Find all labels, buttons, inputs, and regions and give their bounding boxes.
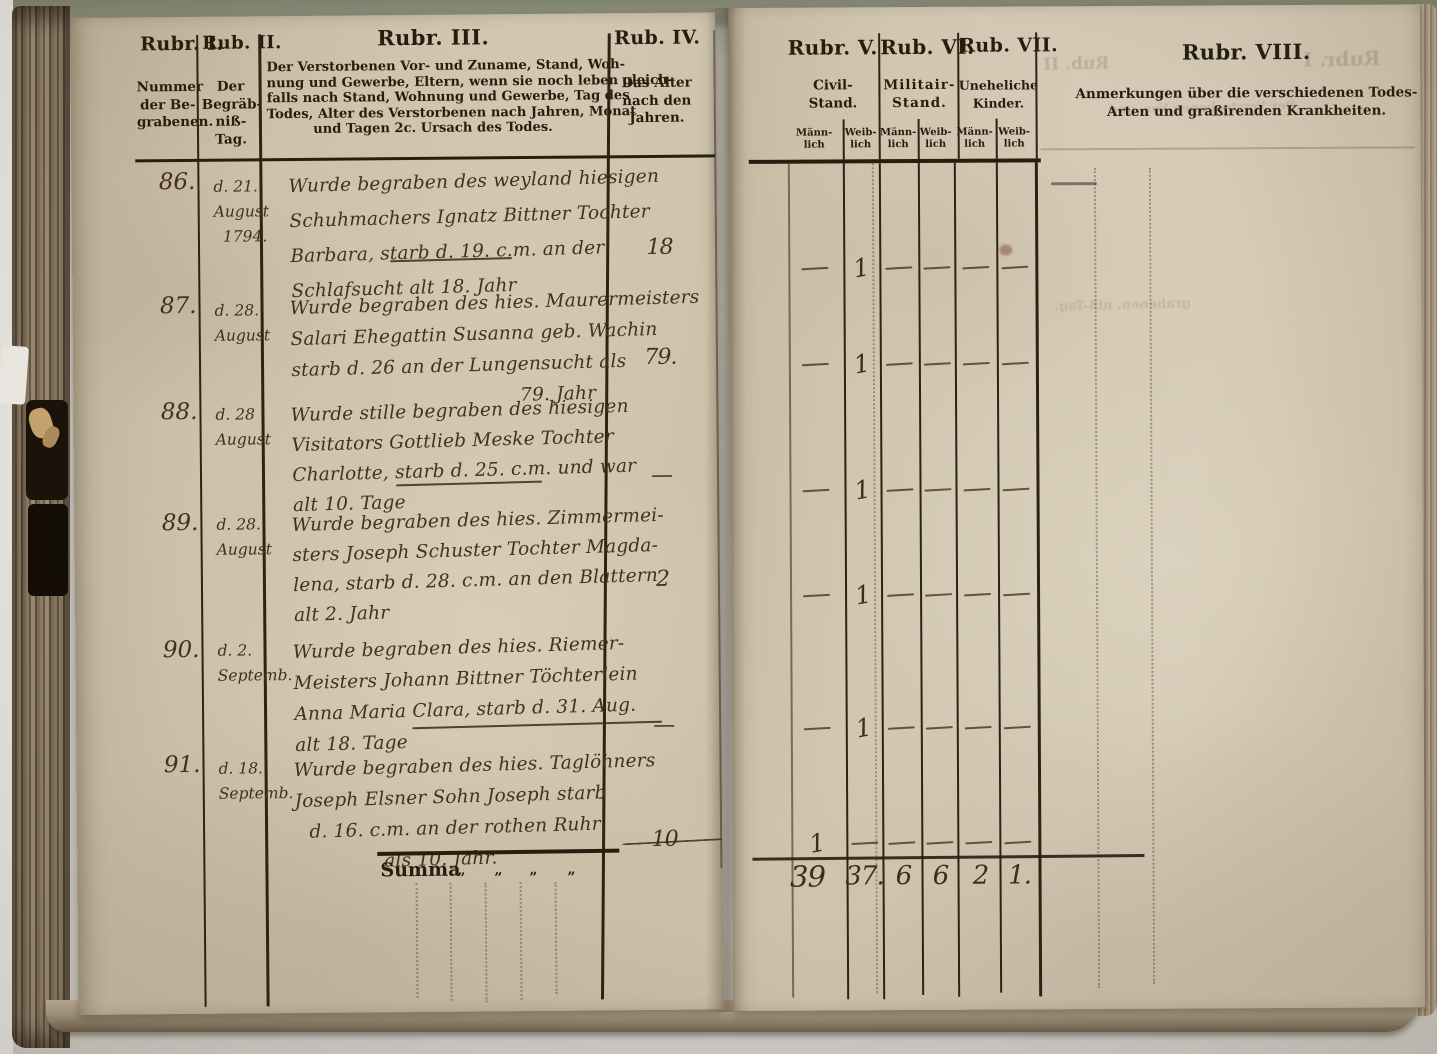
rubric-5-label: Rubr. V. — [785, 35, 880, 59]
rubric-6-title: Militair- Stand. — [880, 77, 958, 112]
bleedthrough-text: Rub. II — [1043, 53, 1110, 74]
entry-date: d. 28 August — [215, 402, 285, 453]
rubric-7-label: Rub. VII. — [959, 34, 1037, 56]
entry-date: d. 21. August 1794. — [213, 174, 284, 250]
entry-age: — — [619, 462, 704, 488]
bleedthrough-rule — [485, 882, 488, 1002]
tally-dash — [924, 362, 951, 366]
tally-dash — [885, 266, 912, 270]
subheader-rule — [918, 119, 920, 159]
entry-age: 18 — [617, 234, 702, 260]
book-scan: Rubr. I. Rub. II. Rubr. III. Rub. IV. Nu… — [0, 0, 1437, 1054]
bleedthrough-text: Rubr. I — [1303, 46, 1381, 72]
bleedthrough-mark — [1051, 182, 1097, 185]
subcol-civil-maennlich: Männ-lich — [786, 127, 843, 150]
tally-dash — [1001, 266, 1028, 270]
entry-date: d. 2. Septemb. — [217, 638, 287, 689]
summa-label: Summa — [380, 859, 460, 882]
entry-number: 91. — [152, 752, 200, 778]
tally-dash — [924, 488, 951, 492]
rubric-3-label: Rubr. III. — [268, 23, 598, 51]
tally-dash — [1002, 362, 1029, 366]
bleedthrough-text: grabenen. niß-Tag. — [1054, 296, 1190, 314]
tally-mark: 1 — [851, 252, 872, 283]
header-bottom-rule-faint — [1041, 146, 1415, 149]
summa-mark: „ — [567, 862, 575, 878]
tally-dash — [925, 593, 952, 597]
binding-hole — [28, 504, 68, 596]
rubric-7-title: Uneheliche Kinder. — [957, 76, 1039, 111]
tally-mark: 1 — [852, 474, 873, 505]
header-bottom-rule — [135, 154, 715, 162]
subcol-militair-maennlich: Männ-lich — [879, 127, 918, 150]
summa-mark: „ — [529, 862, 537, 878]
subheader-rule — [996, 119, 998, 159]
tally-dash — [926, 726, 953, 730]
right-page: Rubr. V. Rub. VI. Rub. VII. Rubr. VIII. … — [728, 4, 1425, 1011]
tally-dash — [886, 488, 913, 492]
tally-mark: 1 — [807, 827, 828, 858]
notes-rule-dotted — [1149, 168, 1155, 984]
rubric-1-label: Rubr. I. — [140, 33, 200, 56]
subcol-militair-weiblich: Weib-lich — [918, 127, 954, 150]
tally-dash — [1004, 726, 1031, 730]
tally-dash — [803, 594, 830, 598]
entry-date: d. 28. August — [214, 298, 284, 349]
rubric-2-title: Der Begräb- niß-Tag. — [202, 78, 261, 149]
rubric-5-title: Civil- Stand. — [785, 77, 880, 112]
tally-dash — [963, 362, 990, 366]
notes-rule-dotted — [1094, 168, 1100, 988]
tally-dash — [802, 489, 829, 493]
tally-dash — [926, 841, 953, 845]
rubric-4-title: Das Alter nach den Jahren. — [615, 75, 699, 128]
tally-dash — [1002, 488, 1029, 492]
entry-number: 90. — [151, 637, 199, 663]
rubric-3-description: Der Verstorbenen Vor- und Zuname, Stand,… — [266, 57, 599, 137]
tally-mark: 1 — [851, 348, 872, 379]
entry-age: 79. — [618, 344, 703, 370]
tally-dash — [887, 593, 914, 597]
tally-dash — [801, 267, 828, 271]
rubric-6-label: Rub. VI. — [880, 35, 958, 59]
tally-dash — [886, 362, 913, 366]
entry-age: 2 — [620, 566, 705, 592]
entry-number: 87. — [148, 293, 196, 319]
entry-number: 86. — [147, 169, 195, 195]
summa-mark: „ — [494, 862, 502, 878]
tally-dash — [963, 488, 990, 492]
tally-dash — [1004, 841, 1031, 845]
entry-age: — — [621, 712, 706, 738]
tally-dash — [923, 266, 950, 270]
entry-date: d. 28. August — [216, 512, 286, 563]
subcol-unehelich-maennlich: Männ-lich — [954, 127, 996, 150]
tally-dash — [1003, 593, 1030, 597]
total-civil-weiblich: 37. — [844, 861, 884, 891]
tally-dash — [804, 727, 831, 731]
tally-dash — [802, 363, 829, 367]
left-page: Rubr. I. Rub. II. Rubr. III. Rub. IV. Nu… — [70, 12, 724, 1015]
bleedthrough-rule — [555, 882, 558, 994]
foxing-spot — [999, 245, 1012, 256]
subcol-civil-weiblich: Weib-lich — [843, 127, 879, 150]
tally-mark: 1 — [853, 712, 874, 743]
book-gutter-shadow — [706, 8, 746, 1012]
tally-dash — [851, 842, 878, 846]
tally-dash — [962, 266, 989, 270]
tally-dash — [965, 841, 992, 845]
entry-number: 88. — [149, 399, 197, 425]
tally-dash — [888, 726, 915, 730]
tally-dash — [888, 841, 915, 845]
tally-dash — [965, 726, 992, 730]
entry-text: Wurde stille begraben des hiesigen Visit… — [290, 392, 615, 521]
total-militair-weiblich: 6 — [922, 861, 958, 891]
total-unehelich-maennlich: 2 — [960, 861, 1000, 891]
protruding-page-edge — [0, 345, 29, 405]
entry-text: Wurde begraben des hies. Riemer- Meister… — [292, 628, 617, 761]
bleedthrough-rule — [520, 882, 523, 1000]
subheader-rule — [843, 119, 845, 159]
entry-number: 89. — [150, 510, 198, 536]
total-unehelich-weiblich: 1. — [1000, 860, 1038, 890]
rubric-1-title: Nummer der Be- grabenen. — [137, 79, 199, 132]
bleedthrough-rule — [416, 883, 419, 998]
entry-date: d. 18. Septemb. — [218, 756, 288, 807]
tally-mark: 1 — [853, 579, 874, 610]
total-civil-maennlich: 39 — [780, 859, 834, 893]
summa-mark: „ — [457, 863, 465, 879]
rubric-4-label: Rub. IV. — [612, 26, 702, 49]
rubric-2-label: Rub. II. — [202, 32, 260, 54]
tally-dash — [964, 593, 991, 597]
total-militair-maennlich: 6 — [884, 861, 922, 891]
subcol-unehelich-weiblich: Weib-lich — [996, 126, 1033, 149]
entry-text: Wurde begraben des hies. Zimmermei- ster… — [291, 502, 616, 631]
bleedthrough-rule — [450, 883, 453, 1001]
